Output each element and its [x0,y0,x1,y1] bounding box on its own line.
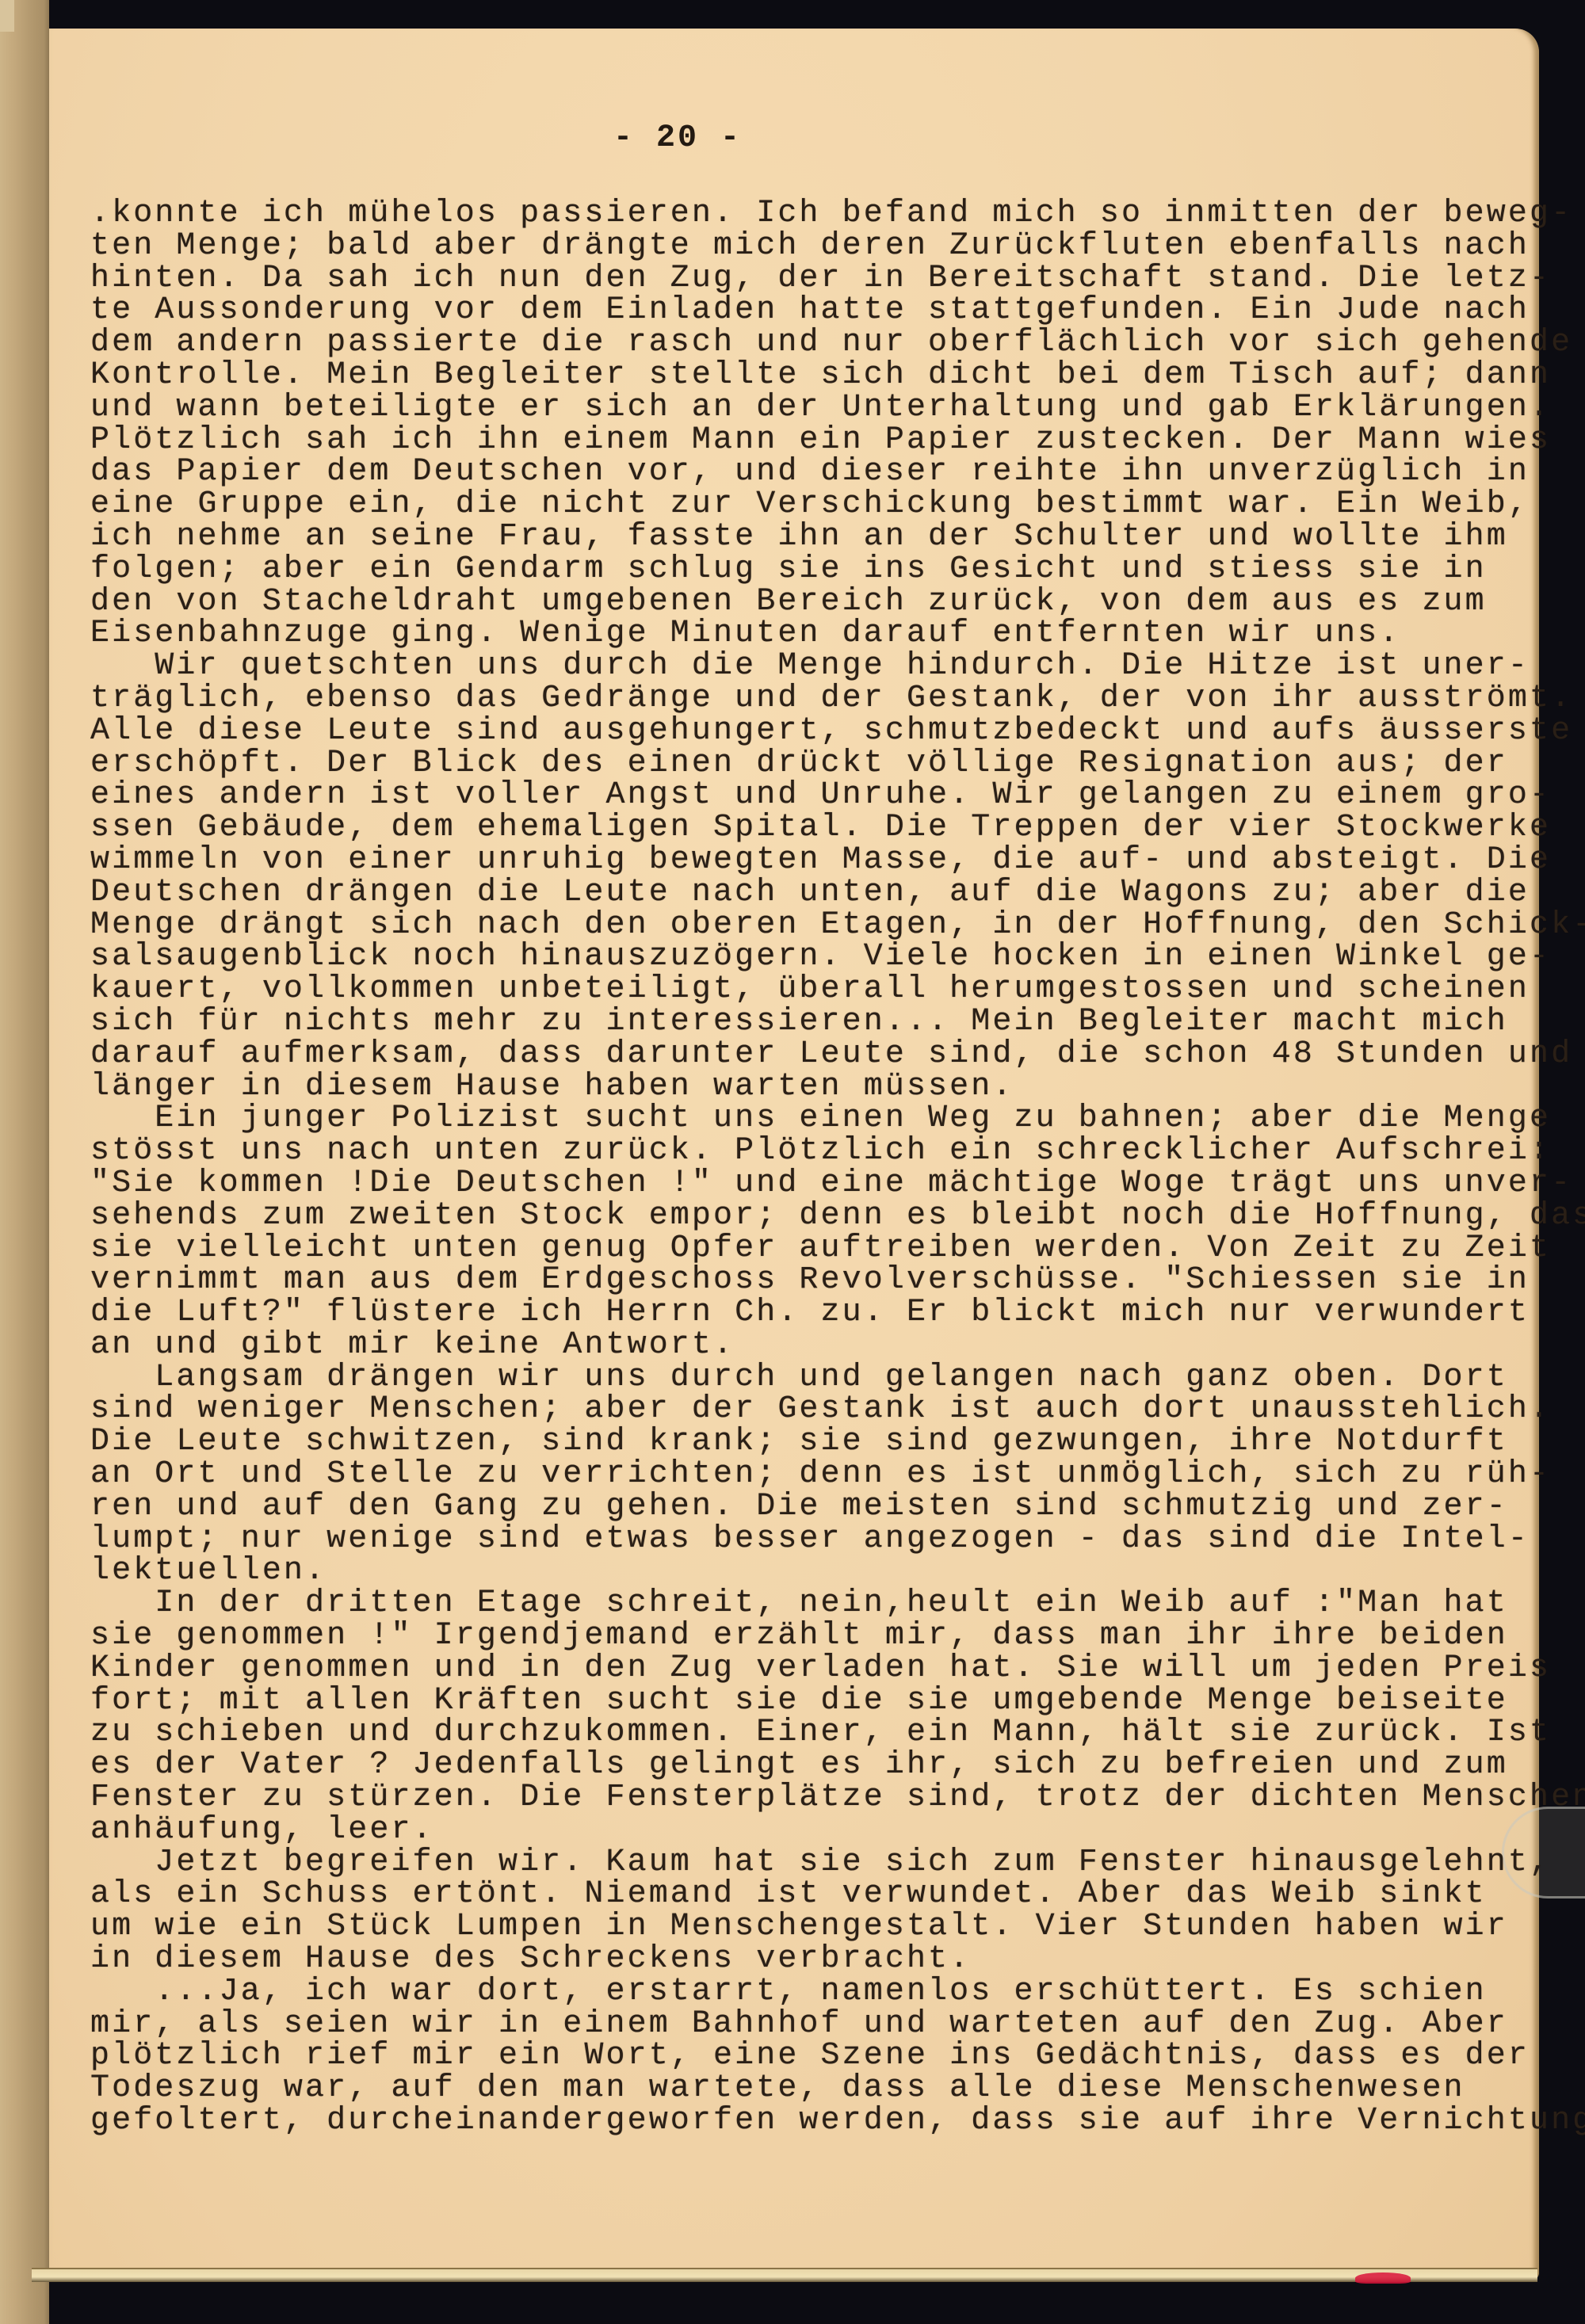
text-line: sie vielleicht unten genug Opfer auftrei… [90,1233,1517,1265]
text-line: mir, als seien wir in einem Bahnhof und … [90,2009,1517,2041]
text-line: ich nehme an seine Frau, fasste ihn an d… [90,521,1517,554]
text-line: Fenster zu stürzen. Die Fensterplätze si… [90,1782,1517,1815]
page-number: - 20 - [0,120,1355,156]
text-line: ...Ja, ich war dort, erstarrt, namenlos … [90,1976,1517,2009]
text-line: dem andern passierte die rasch und nur o… [90,327,1517,360]
text-line: folgen; aber ein Gendarm schlug sie ins … [90,554,1517,586]
text-line: sie genommen !" Irgendjemand erzählt mir… [90,1620,1517,1653]
red-ink-stain [1355,2272,1411,2284]
text-line: Ein junger Polizist sucht uns einen Weg … [90,1103,1517,1135]
text-line: Eisenbahnzuge ging. Wenige Minuten darau… [90,618,1517,651]
text-line: kauert, vollkommen unbeteiligt, überall … [90,974,1517,1006]
text-line: hinten. Da sah ich nun den Zug, der in B… [90,263,1517,296]
text-line: Kinder genommen und in den Zug verladen … [90,1653,1517,1685]
text-line: an und gibt mir keine Antwort. [90,1330,1517,1362]
text-line: gefoltert, durcheinandergeworfen werden,… [90,2105,1517,2138]
text-line: Wir quetschten uns durch die Menge hindu… [90,651,1517,683]
text-line: Menge drängt sich nach den oberen Etagen… [90,910,1517,942]
text-line: lektuellen. [90,1555,1517,1588]
spine-top-edge [0,0,14,32]
text-line: vernimmt man aus dem Erdgeschoss Revolve… [90,1265,1517,1297]
text-line: lumpt; nur wenige sind etwas besser ange… [90,1524,1517,1556]
text-line: länger in diesem Hause haben warten müss… [90,1071,1517,1104]
typewritten-body: .konnte ich mühelos passieren. Ich befan… [90,198,1517,2138]
text-line: in diesem Hause des Schreckens verbracht… [90,1944,1517,1976]
text-line: ssen Gebäude, dem ehemaligen Spital. Die… [90,812,1517,845]
text-line: eine Gruppe ein, die nicht zur Verschick… [90,489,1517,521]
text-line: .konnte ich mühelos passieren. Ich befan… [90,198,1517,231]
text-line: Die Leute schwitzen, sind krank; sie sin… [90,1426,1517,1459]
text-line: um wie ein Stück Lumpen in Menschengesta… [90,1911,1517,1944]
text-line: zu schieben und durchzukommen. Einer, ei… [90,1717,1517,1750]
text-line: ten Menge; bald aber drängte mich deren … [90,231,1517,263]
text-line: Todeszug war, auf den man wartete, dass … [90,2073,1517,2105]
page-bottom-edge [32,2268,1537,2282]
text-line: wimmeln von einer unruhig bewegten Masse… [90,845,1517,877]
text-line: Deutschen drängen die Leute nach unten, … [90,877,1517,910]
text-line: erschöpft. Der Blick des einen drückt vö… [90,748,1517,780]
text-line: anhäufung, leer. [90,1815,1517,1847]
text-line: stösst uns nach unten zurück. Plötzlich … [90,1135,1517,1168]
text-line: das Papier dem Deutschen vor, und dieser… [90,456,1517,489]
text-line: eines andern ist voller Angst und Unruhe… [90,780,1517,812]
text-line: sind weniger Menschen; aber der Gestank … [90,1394,1517,1426]
text-line: plötzlich rief mir ein Wort, eine Szene … [90,2040,1517,2073]
text-line: Plötzlich sah ich ihn einem Mann ein Pap… [90,425,1517,457]
text-line: Alle diese Leute sind ausgehungert, schm… [90,716,1517,748]
text-line: die Luft?" flüstere ich Herrn Ch. zu. Er… [90,1297,1517,1330]
text-line: träglich, ebenso das Gedränge und der Ge… [90,683,1517,716]
text-line: es der Vater ? Jedenfalls gelingt es ihr… [90,1750,1517,1782]
text-line: salsaugenblick noch hinauszuzögern. Viel… [90,941,1517,974]
text-line: den von Stacheldraht umgebenen Bereich z… [90,586,1517,619]
text-line: In der dritten Etage schreit, nein,heult… [90,1588,1517,1620]
text-line: an Ort und Stelle zu verrichten; denn es… [90,1459,1517,1491]
text-line: darauf aufmerksam, dass darunter Leute s… [90,1039,1517,1071]
text-line: te Aussonderung vor dem Einladen hatte s… [90,295,1517,327]
text-line: und wann beteiligte er sich an der Unter… [90,392,1517,425]
text-line: als ein Schuss ertönt. Niemand ist verwu… [90,1879,1517,1911]
text-line: Kontrolle. Mein Begleiter stellte sich d… [90,360,1517,392]
text-line: sehends zum zweiten Stock empor; denn es… [90,1200,1517,1233]
text-line: fort; mit allen Kräften sucht sie die si… [90,1685,1517,1718]
text-line: ren und auf den Gang zu gehen. Die meist… [90,1491,1517,1524]
book-spine-edge [0,0,49,2324]
text-line: "Sie kommen !Die Deutschen !" und eine m… [90,1168,1517,1200]
text-line: Langsam drängen wir uns durch und gelang… [90,1362,1517,1395]
text-line: Jetzt begreifen wir. Kaum hat sie sich z… [90,1847,1517,1879]
text-line: sich für nichts mehr zu interessieren...… [90,1006,1517,1039]
